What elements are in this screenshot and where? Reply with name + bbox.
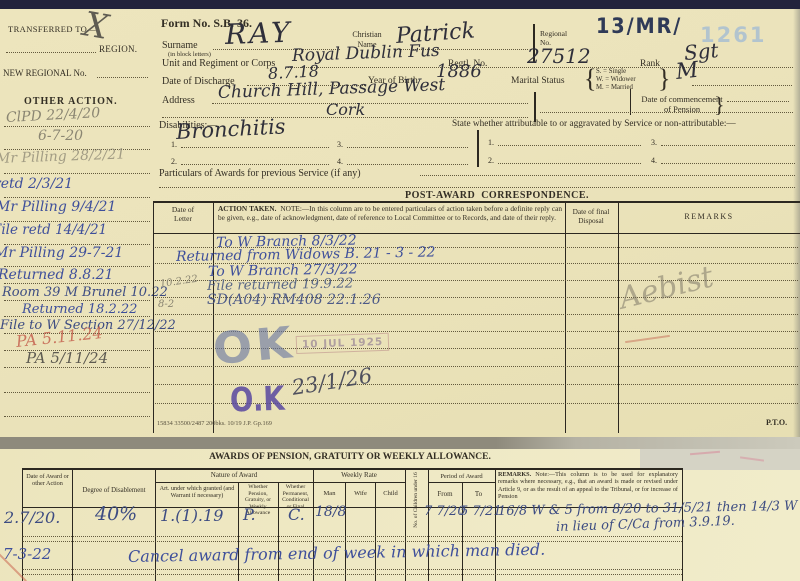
dotted-line	[692, 85, 792, 86]
col-header-action-taken: ACTION TAKEN.NOTE:—In this column are to…	[218, 204, 562, 223]
award-row-pension-type: P.	[243, 505, 256, 524]
col-header-article: Art. under which granted (and Warrant if…	[158, 485, 236, 499]
ok-stamp: OK	[211, 316, 298, 374]
dotted-line	[155, 314, 798, 315]
dotted-line	[6, 52, 96, 53]
dotted-line	[347, 147, 468, 148]
award-row-to: 5 7/21	[460, 504, 502, 519]
action-taken-bold: ACTION TAKEN.	[218, 204, 276, 213]
award-row-date: 7-3-22	[3, 545, 51, 563]
scan-top-border	[0, 0, 800, 9]
col-header-man: Man	[314, 490, 345, 497]
other-action-entry: File retd 14/4/21	[0, 222, 107, 238]
col-header-weekly-rate: Weekly Rate	[314, 471, 404, 479]
table-border	[72, 468, 73, 581]
table-border	[405, 468, 406, 581]
table-border	[495, 468, 496, 581]
scan-right-edge	[793, 9, 800, 437]
other-action-entry: Returned 8.8.21	[0, 267, 113, 283]
award-row-date: 2.7/20.	[4, 508, 60, 527]
disability-item-no: 4.	[337, 157, 343, 166]
scan-background-gap	[0, 437, 800, 449]
attributable-item-no: 2.	[488, 156, 494, 165]
col-header-period-of-award: Period of Award	[429, 473, 494, 480]
col-header-nature-of-award: Nature of Award	[157, 471, 311, 479]
table-border	[428, 468, 429, 581]
col-header-wife: Wife	[346, 490, 375, 497]
dotted-line	[22, 536, 682, 537]
table-border	[155, 482, 313, 483]
disability-item-no: 3.	[337, 140, 343, 149]
attributable-label: State whether attributable to or aggrava…	[452, 119, 736, 129]
printer-imprint: 15834 33500/2487 200bks. 10/19 J.P. Gp.1…	[157, 420, 272, 427]
brace-open: {	[584, 64, 596, 94]
other-action-entry: Room 39 M Brunel 10.22	[2, 285, 168, 300]
table-border	[153, 201, 800, 203]
dotted-line	[727, 101, 789, 102]
surname-value: RAY	[224, 16, 293, 51]
dotted-line	[540, 112, 793, 113]
dotted-line	[212, 103, 528, 104]
col-header-remarks: REMARKS	[620, 212, 798, 221]
dotted-line	[4, 392, 150, 393]
divider-line	[534, 92, 536, 122]
marital-option-married: M. = Married	[596, 84, 633, 91]
col-header-degree: Degree of Disablement	[73, 487, 155, 494]
other-action-entry: Mr Pilling 9/4/21	[0, 199, 116, 215]
award-row-permanence: C.	[288, 505, 305, 524]
table-border	[313, 482, 405, 483]
dotted-line	[420, 175, 795, 176]
col-header-child: Child	[376, 490, 405, 497]
marital-option-widower: W. = Widower	[596, 76, 636, 83]
dotted-line	[4, 367, 150, 368]
date-received-stamp: 10 JUL 1925	[296, 333, 390, 354]
award-row-degree: 40%	[95, 503, 137, 525]
dotted-line	[347, 164, 468, 165]
dotted-line	[661, 163, 795, 164]
marital-option-single: S. = Single	[596, 68, 626, 75]
scanned-pension-record-card: TRANSFERRED TO— X REGION. NEW REGIONAL N…	[0, 0, 800, 581]
correspondence-title: POST-AWARD CORRESPONDENCE.	[405, 190, 589, 201]
other-action-entry: 6-7-20	[38, 128, 83, 144]
disability-item-no: 1.	[171, 140, 177, 149]
dotted-line	[181, 147, 329, 148]
dotted-line	[159, 187, 795, 188]
table-border	[213, 201, 214, 433]
brace-close: }	[658, 64, 670, 94]
col-header-award-date: Date of Award or other Action	[23, 473, 72, 487]
correspondence-entry-date: 8-2	[158, 299, 174, 310]
regtl-no-value: 27512	[527, 44, 591, 68]
table-border	[153, 201, 154, 433]
surname-sublabel: (in block letters)	[168, 51, 211, 58]
dotted-line	[4, 416, 150, 417]
award-row-article: 1.(1).19	[160, 506, 223, 525]
other-action-entry: PA 5/11/24	[26, 349, 108, 367]
marital-status-value: M	[675, 58, 700, 85]
col-header-date-of-letter: Date of Letter	[167, 205, 199, 224]
col-header-awards-remarks: REMARKS.Note:—This column is to be used …	[498, 471, 678, 500]
col-header-to: To	[463, 490, 494, 498]
dotted-line	[4, 173, 150, 174]
table-border	[565, 201, 566, 433]
dotted-line	[22, 541, 682, 542]
dotted-line	[4, 283, 150, 284]
disability-item-no: 2.	[171, 157, 177, 166]
brace-close: }	[714, 92, 725, 118]
dotted-line	[22, 574, 682, 575]
table-border	[618, 201, 619, 433]
attributable-item-no: 3.	[651, 138, 657, 147]
awards-table-title: AWARDS OF PENSION, GRATUITY OR WEEKLY AL…	[185, 452, 515, 462]
regional-no-stamp: 13/MR/	[596, 14, 682, 38]
pto-label: P.T.O.	[766, 418, 787, 427]
table-border	[428, 482, 495, 483]
other-action-entry: Returned 18.2.22	[22, 302, 137, 317]
marital-status-label: Marital Status	[511, 76, 565, 86]
correspondence-entry: SD(A04) RM408 22.1.26	[207, 292, 381, 308]
dotted-line	[97, 77, 148, 78]
dotted-line	[181, 164, 329, 165]
region-label: REGION.	[99, 44, 137, 54]
attributable-item-no: 4.	[651, 156, 657, 165]
dotted-line	[498, 163, 641, 164]
dotted-line	[4, 197, 150, 198]
divider-line	[477, 130, 479, 167]
surname-label: Surname	[162, 40, 198, 51]
col-header-children-under-16: No. of Children under 16	[413, 469, 419, 531]
unit-label: Unit and Regiment or Corps	[162, 58, 275, 69]
col-header-final-disposal: Date of final Disposal	[566, 207, 616, 225]
address-label: Address	[162, 95, 195, 106]
col-header-from: From	[429, 490, 461, 498]
dotted-line	[22, 569, 682, 570]
attributable-item-no: 1.	[488, 138, 494, 147]
other-action-entry: retd 2/3/21	[0, 176, 73, 192]
dotted-line	[4, 300, 150, 301]
dotted-line	[4, 126, 150, 127]
new-regional-no-label: NEW REGIONAL No.	[3, 68, 87, 78]
other-action-entry: Mr Pilling 29-7-21	[0, 245, 123, 261]
dotted-line	[498, 145, 641, 146]
table-border	[313, 468, 314, 581]
table-border	[22, 468, 682, 470]
dotted-line	[661, 145, 795, 146]
other-action-label: OTHER ACTION.	[24, 96, 118, 107]
ok-stamp: O.K	[229, 379, 285, 420]
remarks-bold: REMARKS.	[498, 471, 531, 478]
previous-awards-label: Particulars of Awards for previous Servi…	[159, 168, 361, 179]
award-row-man-rate: 18/8	[315, 504, 346, 520]
